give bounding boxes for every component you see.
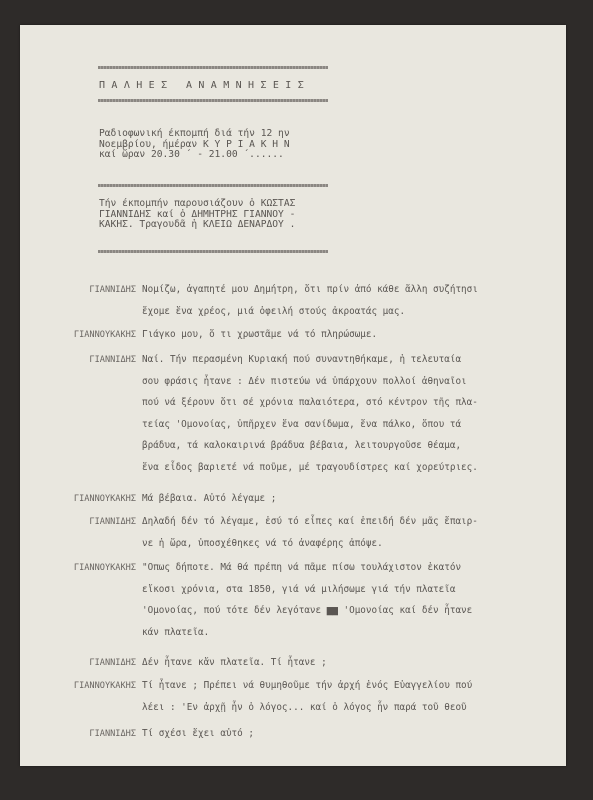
divider-rule: [98, 66, 328, 69]
dialogue-line: βράδυα, τά καλοκαιρινά βράδυα βέβαια, λε…: [142, 440, 461, 451]
dialogue-line: Μά βέβαια. Αὐτό λέγαμε ;: [142, 493, 276, 504]
dialogue-line: Νομίζω, ἀγαπητέ μου Δημήτρη, ὅτι πρίν ἀπ…: [142, 284, 478, 295]
divider-rule: [98, 184, 328, 187]
dialogue-line: εἴκοσι χρόνια, στα 1850, γιά νά μιλήσωμε…: [142, 584, 455, 595]
broadcast-info-line: Ραδιοφωνική έκπομπή διά τήν 12 ην: [99, 129, 290, 140]
dialogue-line: "Οπως δήποτε. Μά θά πρέπη νά πᾶμε πίσω τ…: [142, 562, 461, 573]
dialogue-line: Τί ἦτανε ; Πρέπει νά θυμηθοῦμε τήν ἀρχή …: [142, 680, 472, 691]
divider-rule: [98, 250, 328, 253]
document-title: ΠΑΛΗΕΣ ΑΝΑΜΝΗΣΕΙΣ: [99, 80, 310, 91]
dialogue-line: Ναί. Τήν περασμένη Κυριακή πού συναντηθή…: [142, 354, 461, 365]
dialogue-line: νε ἡ ὥρα, ὑποσχέθηκες νά τό ἀναφέρης ἀπό…: [142, 538, 383, 549]
dialogue-line: πού νά ξέρουν ὅτι σέ χρόνια παλαιότερα, …: [142, 397, 478, 408]
speaker-name: ΓΙΑΝΝΟΥΚΑΚΗΣ: [74, 681, 136, 691]
presenters-line: ΚΑΚΗΣ. Τραγουδᾶ ἡ ΚΛΕΙΩ ΔΕΝΑΡΔΟΥ .: [99, 220, 295, 231]
dialogue-line: λέει : 'Εν ἀρχῇ ἦν ὁ λόγος... καί ὁ λόγο…: [142, 702, 467, 713]
dialogue-line: Δέν ἦτανε κἄν πλατεῖα. Τί ἦτανε ;: [142, 657, 327, 668]
speaker-name: ΓΙΑΝΝΟΥΚΑΚΗΣ: [74, 330, 136, 340]
presenters-info: Τήν έκπομπήν παρουσιάζουν ὁ ΚΩΣΤΑΣ ΓΙΑΝΝ…: [99, 199, 295, 231]
speaker-name: ΓΙΑΝΝΙΔΗΣ: [89, 517, 136, 527]
dialogue-line: Δηλαδή δέν τό λέγαμε, ἐσύ τό εἶπες καί ἐ…: [142, 516, 478, 527]
dialogue-line: Γιάγκο μου, ὅ τι χρωστᾶμε νά τό πληρώσωμ…: [142, 329, 377, 340]
dialogue-line: τείας 'Ομονοίας, ὑπῆρχεν ἕνα σανίδωμα, ἕ…: [142, 419, 461, 430]
speaker-name: ΓΙΑΝΝΙΔΗΣ: [89, 355, 136, 365]
broadcast-info-line: καί ὥραν 20.30 ΄ - 21.00 ΄......: [99, 150, 290, 161]
speaker-name: ΓΙΑΝΝΟΥΚΑΚΗΣ: [74, 563, 136, 573]
speaker-name: ΓΙΑΝΝΙΔΗΣ: [89, 285, 136, 295]
speaker-name: ΓΙΑΝΝΙΔΗΣ: [89, 729, 136, 739]
speaker-name: ΓΙΑΝΝΙΔΗΣ: [89, 658, 136, 668]
speaker-name: ΓΙΑΝΝΟΥΚΑΚΗΣ: [74, 494, 136, 504]
dialogue-line: Τί σχέσι ἔχει αὐτό ;: [142, 728, 254, 739]
presenters-line: Τήν έκπομπήν παρουσιάζουν ὁ ΚΩΣΤΑΣ: [99, 199, 295, 210]
dialogue-line: ἕνα εἶδος βαριετέ νά ποῦμε, μέ τραγουδίσ…: [142, 462, 478, 473]
dialogue-line: σου φράσις ἦτανε : Δέν πιστεύω νά ὑπάρχο…: [142, 376, 467, 387]
dialogue-line: ἔχομε ἕνα χρέος, μιά ὀφειλή στούς ἀκροατ…: [142, 306, 405, 317]
dialogue-line: 'Ομονοίας, πού τότε δέν λεγότανε ▆▆ 'Ομο…: [142, 605, 472, 616]
dialogue-line: κάν πλατεῖα.: [142, 627, 209, 638]
divider-rule: [98, 99, 328, 102]
broadcast-info: Ραδιοφωνική έκπομπή διά τήν 12 ην Νοεμβρ…: [99, 129, 290, 161]
